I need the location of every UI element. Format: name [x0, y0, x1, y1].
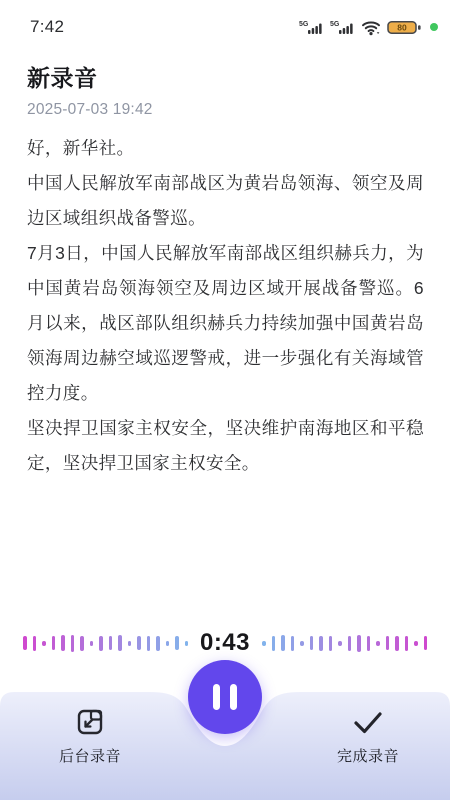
transcript-paragraph: 中国人民解放军南部战区为黄岩岛领海、领空及周边区域组织战备警巡。	[27, 166, 424, 236]
check-icon	[351, 706, 385, 738]
waveform-bar	[42, 641, 46, 646]
recording-title: 新录音	[27, 60, 423, 93]
recording-header: 新录音 2025-07-03 19:42	[27, 60, 423, 119]
waveform-bar	[90, 641, 94, 646]
status-time: 7:42	[30, 17, 64, 37]
signal-5g-icon-sim2: 5G	[330, 19, 356, 36]
waveform-bar	[52, 636, 56, 650]
pause-icon	[230, 684, 237, 710]
waveform-bar	[33, 636, 37, 651]
background-record-icon	[74, 706, 106, 738]
background-recording-label: 后台录音	[59, 745, 121, 766]
background-recording-button[interactable]: 后台录音	[35, 706, 145, 786]
status-bar: 7:42 5G 5G	[0, 12, 450, 42]
waveform-bar	[357, 635, 361, 652]
waveform-bar	[414, 641, 418, 646]
waveform-bar	[118, 635, 122, 651]
finish-recording-label: 完成录音	[337, 745, 399, 766]
waveform-bar	[386, 636, 390, 650]
waveform-bar	[99, 636, 103, 651]
waveform-bar	[424, 636, 428, 650]
recorder-app-screen: 7:42 5G 5G	[0, 0, 450, 800]
recording-datetime: 2025-07-03 19:42	[27, 101, 423, 119]
battery-icon: 80	[387, 19, 422, 36]
waveform-bar	[367, 636, 371, 651]
waveform-bar	[291, 636, 295, 651]
signal-5g-icon-sim1: 5G	[299, 19, 325, 36]
waveform-bar	[310, 636, 314, 650]
waveform-bar	[348, 636, 352, 651]
waveform-bar	[109, 636, 113, 650]
waveform-bar	[329, 636, 333, 651]
waveform-bar	[71, 635, 75, 652]
waveform-bar	[185, 641, 189, 646]
waveform-bar	[319, 636, 323, 651]
waveform-right	[262, 635, 427, 652]
transcript-paragraph: 7月3日，中国人民解放军南部战区组织赫兵力，为中国黄岩岛领海领空及周边区域开展战…	[27, 236, 424, 411]
waveform-bar	[166, 641, 170, 646]
waveform-bar	[272, 636, 276, 651]
waveform-bar	[137, 636, 141, 650]
battery-percent-text: 80	[397, 22, 407, 32]
svg-text:5G: 5G	[330, 21, 340, 28]
pause-button[interactable]	[188, 660, 262, 734]
waveform-bar	[405, 636, 409, 651]
waveform-bar	[281, 635, 285, 651]
recording-timer: 0:43	[198, 629, 252, 657]
transcript-paragraph: 坚决捍卫国家主权安全，坚决维护南海地区和平稳定，坚决捍卫国家主权安全。	[27, 411, 424, 481]
transcript: 好，新华社。中国人民解放军南部战区为黄岩岛领海、领空及周边区域组织战备警巡。7月…	[27, 131, 424, 481]
waveform-bar	[395, 636, 399, 651]
waveform-bar	[262, 641, 266, 646]
waveform-bar	[300, 641, 304, 646]
waveform-row: 0:43	[0, 624, 450, 662]
waveform-bar	[80, 636, 84, 651]
waveform-bar	[23, 636, 27, 650]
waveform-bar	[338, 641, 342, 646]
mic-in-use-indicator-dot	[430, 23, 438, 31]
svg-text:5G: 5G	[299, 21, 309, 28]
wifi-icon	[361, 19, 382, 36]
waveform-bar	[156, 636, 160, 651]
finish-recording-button[interactable]: 完成录音	[313, 706, 423, 786]
waveform-bar	[376, 641, 380, 646]
waveform-bar	[128, 641, 132, 646]
pause-icon	[213, 684, 220, 710]
transcript-paragraph: 好，新华社。	[27, 131, 424, 166]
waveform-left	[23, 635, 188, 652]
waveform-bar	[147, 636, 151, 651]
waveform-bar	[175, 636, 179, 650]
waveform-bar	[61, 635, 65, 651]
